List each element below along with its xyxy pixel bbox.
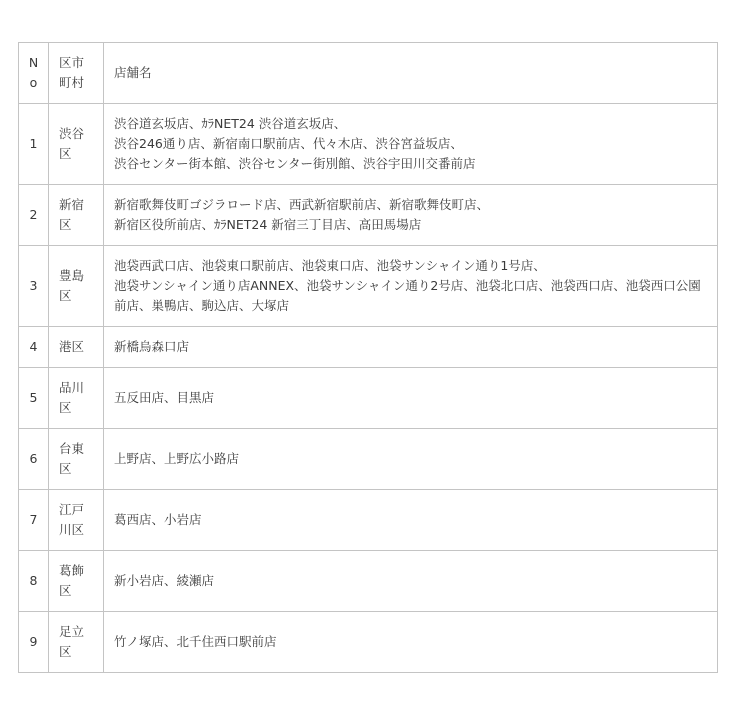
row-ward: 江戸川区 [49, 490, 104, 551]
header-no-label: No [27, 53, 40, 93]
row-stores: 池袋西武口店、池袋東口駅前店、池袋東口店、池袋サンシャイン通り1号店、池袋サンシ… [104, 246, 718, 327]
row-ward: 港区 [49, 327, 104, 368]
row-no: 7 [19, 490, 49, 551]
header-ward: 区市町村 [49, 43, 104, 104]
row-stores: 新小岩店、綾瀬店 [104, 551, 718, 612]
row-stores: 上野店、上野広小路店 [104, 429, 718, 490]
table-row: 1渋谷区渋谷道玄坂店、ｶﾗNET24 渋谷道玄坂店、渋谷246通り店、新宿南口駅… [19, 104, 718, 185]
header-ward-label: 区市町村 [59, 53, 93, 93]
table-row: 3豊島区池袋西武口店、池袋東口駅前店、池袋東口店、池袋サンシャイン通り1号店、池… [19, 246, 718, 327]
row-ward: 渋谷区 [49, 104, 104, 185]
row-no: 8 [19, 551, 49, 612]
row-stores: 新宿歌舞伎町ゴジラロード店、西武新宿駅前店、新宿歌舞伎町店、新宿区役所前店、ｶﾗ… [104, 185, 718, 246]
row-ward: 足立区 [49, 612, 104, 673]
row-stores: 竹ノ塚店、北千住西口駅前店 [104, 612, 718, 673]
table-row: 9足立区竹ノ塚店、北千住西口駅前店 [19, 612, 718, 673]
table-row: 8葛飾区新小岩店、綾瀬店 [19, 551, 718, 612]
row-stores: 渋谷道玄坂店、ｶﾗNET24 渋谷道玄坂店、渋谷246通り店、新宿南口駅前店、代… [104, 104, 718, 185]
row-stores: 新橋烏森口店 [104, 327, 718, 368]
row-stores: 五反田店、目黒店 [104, 368, 718, 429]
row-no: 9 [19, 612, 49, 673]
table-row: 7江戸川区葛西店、小岩店 [19, 490, 718, 551]
row-ward: 品川区 [49, 368, 104, 429]
row-stores: 葛西店、小岩店 [104, 490, 718, 551]
row-ward: 豊島区 [49, 246, 104, 327]
row-no: 4 [19, 327, 49, 368]
table-row: 6台東区上野店、上野広小路店 [19, 429, 718, 490]
row-ward: 葛飾区 [49, 551, 104, 612]
header-no: No [19, 43, 49, 104]
table-header-row: No 区市町村 店舗名 [19, 43, 718, 104]
store-table: No 区市町村 店舗名 1渋谷区渋谷道玄坂店、ｶﾗNET24 渋谷道玄坂店、渋谷… [18, 42, 718, 673]
table-row: 2新宿区新宿歌舞伎町ゴジラロード店、西武新宿駅前店、新宿歌舞伎町店、新宿区役所前… [19, 185, 718, 246]
row-no: 6 [19, 429, 49, 490]
table-row: 4港区新橋烏森口店 [19, 327, 718, 368]
row-ward: 台東区 [49, 429, 104, 490]
table-row: 5品川区五反田店、目黒店 [19, 368, 718, 429]
header-stores: 店舗名 [104, 43, 718, 104]
row-no: 3 [19, 246, 49, 327]
row-no: 1 [19, 104, 49, 185]
row-no: 2 [19, 185, 49, 246]
row-no: 5 [19, 368, 49, 429]
row-ward: 新宿区 [49, 185, 104, 246]
